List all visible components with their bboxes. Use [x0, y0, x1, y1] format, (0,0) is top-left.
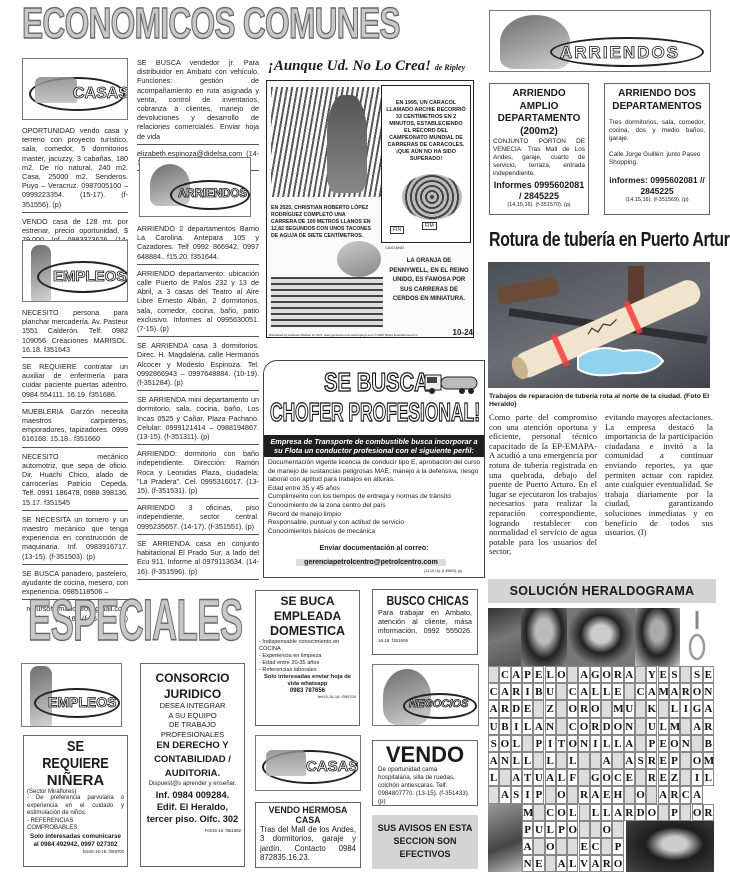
- crossword-letter-cell: P: [522, 666, 533, 683]
- crossword-letter-cell: O: [556, 804, 567, 821]
- crossword-title: SOLUCIÓN HERALDOGRAMA: [488, 579, 716, 603]
- news-photo: [488, 262, 710, 388]
- crossword-letter-cell: S: [511, 786, 522, 803]
- ad-address: Edif. El Heraldo, tercer piso. Oifc. 302: [144, 801, 241, 825]
- crossword-letter-cell: I: [522, 683, 533, 700]
- arriendo-dos-ad: ARRIENDO DOS DEPARTAMENTOS Tres dormitor…: [604, 83, 710, 215]
- crossword-letter-cell: I: [680, 700, 691, 717]
- crossword-letter-cell: L: [669, 700, 680, 717]
- ad-title: EMPLEADA: [259, 609, 356, 624]
- news-headline: Rotura de tubería en Puerto Arturo: [489, 229, 730, 252]
- ad-title: JURIDICO: [144, 687, 241, 701]
- empleos-logo-label: EMPLEOS: [53, 268, 126, 285]
- xw-image-old-man: [488, 804, 522, 872]
- crossword-clue-cell: [488, 666, 499, 683]
- crossword-letter-cell: O: [601, 769, 612, 786]
- snail-illustration: [402, 174, 462, 220]
- crossword-letter-cell: A: [691, 718, 702, 735]
- crossword-letter-cell: L: [567, 855, 578, 872]
- requirement: Conocimientos básicos de mecánica: [268, 528, 482, 537]
- crossword-letter-cell: L: [590, 683, 601, 700]
- crossword-letter-cell: Z: [545, 700, 556, 717]
- crossword-letter-cell: P: [669, 752, 680, 769]
- classified-ad: NECESITO mecánico automotriz, que sepa d…: [22, 452, 128, 511]
- crossword-letter-cell: P: [669, 804, 680, 821]
- crossword-letter-cell: C: [612, 769, 623, 786]
- crossword-letter-cell: O: [601, 821, 612, 838]
- crossword-letter-cell: A: [624, 735, 635, 752]
- heels-panel-text: EN 2025, CHRISTIAN ROBERTO LÓPEZ RODRÍGU…: [271, 205, 371, 240]
- classified-ad: SE ARRIENDA mini departamento un dormito…: [137, 395, 259, 445]
- chofer-ad: SE BUSCA CHOFER PROFESIONAL! Empresa de …: [263, 360, 485, 578]
- crossword-clue-cell: [578, 752, 589, 769]
- crossword-letter-cell: A: [578, 666, 589, 683]
- chofer-send-label: Enviar documentación al correo:: [264, 545, 484, 552]
- crossword-letter-cell: D: [511, 700, 522, 717]
- crossword-letter-cell: O: [556, 786, 567, 803]
- house-icon: [266, 750, 306, 776]
- crossword-letter-cell: R: [578, 700, 589, 717]
- crossword-letter-cell: R: [680, 683, 691, 700]
- crossword-letter-cell: A: [511, 769, 522, 786]
- crossword-letter-cell: N: [545, 718, 556, 735]
- crossword-letter-cell: O: [545, 838, 556, 855]
- crossword-letter-cell: L: [488, 769, 499, 786]
- crossword-letter-cell: L: [522, 718, 533, 735]
- crossword-letter-cell: L: [556, 769, 567, 786]
- classified-ad: ARRIENDO 2 departamentos Barrio La Carol…: [137, 224, 259, 265]
- classified-ad: OPORTUNIDAD vendo casa y terreno con pro…: [22, 126, 128, 213]
- news-column-2: evitando mayores afectaciones. La empres…: [605, 413, 713, 557]
- photo-food: [488, 608, 521, 666]
- negocios-section-logo: NEGOCIOS: [372, 664, 479, 726]
- crossword-clue-cell: [579, 804, 590, 821]
- crossword-letter-cell: L: [601, 804, 612, 821]
- pig-panel-text: LA GRANJA DE PENNYWELL, EN EL REINO UNID…: [387, 257, 471, 305]
- ad-title: VENDO: [378, 743, 472, 766]
- crossword-letter-cell: R: [646, 752, 657, 769]
- crossword-letter-cell: M: [703, 752, 714, 769]
- crossword-letter-cell: L: [545, 821, 556, 838]
- crossword-letter-cell: C: [567, 718, 578, 735]
- empleos-ads-list: NECESITO persona para planchar mercaderí…: [22, 308, 128, 623]
- crossword-letter-cell: I: [545, 735, 556, 752]
- news-caption: Trabajos de reparación de tubería rota a…: [489, 393, 711, 409]
- crossword-letter-cell: Z: [669, 769, 680, 786]
- requirement: Record de manejo limpio: [268, 511, 482, 520]
- crossword-letter-cell: K: [646, 700, 657, 717]
- news-column-1: Como parte del compromiso con una atenci…: [489, 413, 597, 557]
- crossword-letter-cell: H: [612, 786, 623, 803]
- ad-line: DE TRABAJO: [144, 720, 241, 730]
- ad-title: DOMESTICA: [259, 624, 356, 639]
- crossword-letter-cell: A: [578, 683, 589, 700]
- casas-section-logo: CASAS: [22, 58, 128, 120]
- ad-body: Tras del Mall de los Andes, 3 dormitorio…: [260, 825, 356, 863]
- crossword-letter-cell: M: [612, 700, 623, 717]
- ripley-credits: Distributed by Andrews McMeel for UFS. w…: [269, 333, 418, 337]
- crossword-letter-cell: A: [511, 666, 522, 683]
- pig-illustration: [337, 241, 381, 277]
- classified-ad: NECESITO persona para planchar mercaderí…: [22, 308, 128, 358]
- crossword-letter-cell: A: [703, 700, 714, 717]
- crossword-letter-cell: E: [522, 700, 533, 717]
- ad-code: 16.18. f351606: [378, 638, 408, 643]
- crossword-letter-cell: L: [658, 718, 669, 735]
- crossword-clue-cell: [624, 786, 635, 803]
- crossword-letter-cell: L: [703, 769, 714, 786]
- ad-req: - De preferencia parvularia o experienci…: [27, 795, 124, 818]
- crossword-letter-cell: O: [612, 855, 623, 872]
- crossword-clue-cell: [556, 838, 567, 855]
- crossword-letter-cell: A: [691, 786, 702, 803]
- crossword-letter-cell: S: [488, 735, 499, 752]
- consorcio-juridico-ad: CONSORCIO JURIDICO DESEA INTEGRAR A SU E…: [140, 663, 245, 867]
- arriendos-ads-list: ARRIENDO 2 departamentos Barrio La Carol…: [137, 224, 259, 584]
- ad-req: - REFERENCIAS COMPROBABLES.: [27, 818, 124, 833]
- crossword-letter-cell: P: [612, 838, 623, 855]
- xw-image-man-portrait: [626, 821, 714, 872]
- crossword-clue-cell: [545, 855, 556, 872]
- crossword-clue-cell: [533, 700, 544, 717]
- classified-ad: MUEBLERIA Garzón necesita maestros carpi…: [22, 407, 128, 448]
- crossword-letter-cell: N: [680, 735, 691, 752]
- crossword-letter-cell: R: [499, 700, 510, 717]
- crossword-letter-cell: T: [522, 769, 533, 786]
- crossword-letter-cell: R: [669, 786, 680, 803]
- crossword-clue-cell: [567, 786, 578, 803]
- crossword-letter-cell: C: [680, 786, 691, 803]
- crossword-letter-cell: L: [545, 752, 556, 769]
- crossword-letter-cell: A: [488, 752, 499, 769]
- ad-requirements: - Indispensable conocimiento en COCINA -…: [259, 639, 356, 674]
- ad-line: CONTABILIDAD /: [144, 753, 241, 767]
- crossword-clue-cell: [635, 666, 646, 683]
- section-headline-economicos: ECONOMICOS COMUNES: [22, 2, 400, 46]
- crossword-letter-cell: C: [499, 666, 510, 683]
- crossword-letter-cell: L: [511, 735, 522, 752]
- ad-title: ARRIENDO DOS DEPARTAMENTOS: [609, 88, 705, 113]
- crossword-letter-cell: D: [635, 804, 646, 821]
- crossword-clue-cell: [578, 769, 589, 786]
- crossword-letter-cell: I: [522, 786, 533, 803]
- crossword-letter-cell: E: [612, 683, 623, 700]
- crossword-clue-cell: [624, 683, 635, 700]
- ad-phone: informes: 0995602081 // 2845225: [609, 175, 705, 197]
- crossword-letter-cell: E: [579, 838, 590, 855]
- crossword-clue-cell: [680, 666, 691, 683]
- ad-code: feb15-16-18. f359700: [259, 694, 356, 699]
- crossword-clue-cell: [658, 700, 669, 717]
- crossword-letter-cell: N: [522, 855, 533, 872]
- crossword-letter-cell: Y: [646, 666, 657, 683]
- crossword-letter-cell: A: [522, 838, 533, 855]
- crossword-letter-cell: A: [533, 718, 544, 735]
- crossword-clue-cell: [646, 786, 657, 803]
- crossword-clue-cell: [533, 752, 544, 769]
- requirement: - Referencias laborales: [259, 667, 356, 674]
- crossword-letter-cell: E: [533, 666, 544, 683]
- crossword-letter-cell: P: [646, 735, 657, 752]
- arriendos-logo-label: ARRIENDOS: [178, 188, 247, 200]
- tanker-truck-icon: [424, 371, 479, 395]
- section-headline-especiales: ESPECIALES: [28, 592, 242, 650]
- empleos-logo-label: EMPLEOS: [48, 694, 116, 710]
- negocios-logo-label: NEGOCIOS: [409, 698, 468, 710]
- chofer-code: (14,15,16). (f-35693). (p): [424, 569, 462, 573]
- crossword-letter-cell: N: [624, 718, 635, 735]
- requirement: - Experiencia en limpieza: [259, 653, 356, 660]
- crossword-letter-cell: R: [703, 804, 714, 821]
- crossword-letter-cell: S: [635, 752, 646, 769]
- crossword-letter-cell: L: [567, 752, 578, 769]
- crossword-letter-cell: E: [601, 786, 612, 803]
- requirement: - Edad entre 20-35 años: [259, 660, 356, 667]
- empleos-section-logo: EMPLEOS: [21, 663, 122, 727]
- crossword-letter-cell: S: [691, 666, 702, 683]
- classified-ad: SE BUSCA vendedor jr. Para distribuidor …: [137, 58, 259, 145]
- crossword-letter-cell: A: [590, 855, 601, 872]
- crossword-letter-cell: C: [567, 683, 578, 700]
- crossword-letter-cell: L: [601, 735, 612, 752]
- ad-title: ARRIENDO AMPLIO DEPARTAMENTO (200m2): [493, 88, 585, 138]
- crossword-letter-cell: C: [635, 683, 646, 700]
- requirement: Cumplimiento con los tiempos de entrega …: [268, 493, 482, 502]
- crossword-letter-cell: A: [499, 786, 510, 803]
- crossword-clue-cell: [612, 821, 623, 838]
- ad-title: VENDO HERMOSA CASA: [260, 805, 356, 825]
- crossword-letter-cell: U: [533, 821, 544, 838]
- crossword-clue-cell: [533, 804, 544, 821]
- noose-icon: [680, 608, 714, 666]
- ripley-footer: Distributed by Andrews McMeel for UFS. w…: [269, 328, 473, 337]
- news-body: Como parte del compromiso con una atenci…: [489, 413, 713, 557]
- ad-body: Calle Jorge Guillén: junto Paseo Shoppin…: [609, 151, 705, 167]
- ad-title: CONSORCIO: [144, 670, 241, 687]
- crossword-grid: CAPELOAGORAYESSECARIBUCALLECAMARONARDEZO…: [488, 666, 714, 872]
- classified-ad: ARRIENDO 3 oficinas, piso independiente,…: [137, 503, 259, 535]
- photo-woman-2: [567, 608, 635, 666]
- crossword-letter-cell: E: [533, 855, 544, 872]
- ad-body: CONJUNTO PORTON DE VENECIA: Tras Mall de…: [493, 138, 585, 178]
- ad-code: feb15-16-18. f359700: [27, 849, 124, 854]
- crossword-letter-cell: O: [499, 735, 510, 752]
- crossword-clue-cell: [601, 700, 612, 717]
- ad-line: PROFESIONALES: [144, 730, 241, 740]
- ripley-title: ¡Aunque Ud. No Lo Crea! de Ripley: [268, 58, 478, 75]
- crossword-letter-cell: V: [579, 855, 590, 872]
- crossword-letter-cell: O: [578, 718, 589, 735]
- crossword-letter-cell: U: [533, 769, 544, 786]
- crossword-clue-cell: [590, 821, 601, 838]
- crossword-letter-cell: I: [691, 769, 702, 786]
- ripley-comic: EN 1995, UN CARACOL LLAMADO ARCHIE RECOR…: [266, 80, 474, 338]
- crossword-clue-cell: [533, 838, 544, 855]
- classified-ad: SE REQUIERE contratar un auxiliar de enf…: [22, 362, 128, 403]
- ad-code: Feb15-16. f351582: [144, 828, 241, 833]
- sus-avisos-banner: SUS AVISOS EN ESTA SECCION SON EFECTIVOS: [372, 815, 478, 869]
- arriendos-section-logo: ARRIENDOS: [139, 157, 251, 217]
- crossword-clue-cell: [556, 700, 567, 717]
- ad-title: SE REQUIERE: [34, 738, 116, 772]
- classified-ad: ARRIENDO departamento: ubicación calle P…: [137, 269, 259, 337]
- snail-panel: EN 1995, UN CARACOL LLAMADO ARCHIE RECOR…: [381, 85, 471, 243]
- empleos-section-logo: EMPLEOS: [22, 240, 128, 302]
- crossword-letter-cell: E: [703, 666, 714, 683]
- crossword-letter-cell: L: [590, 804, 601, 821]
- fim-flag: FIM: [422, 222, 437, 230]
- crossword-clue-cell: [556, 752, 567, 769]
- ad-phone: Inf. 0984 009284.: [144, 789, 241, 801]
- crossword-letter-cell: E: [658, 735, 669, 752]
- crossword-clue-cell: [488, 786, 499, 803]
- crossword-letter-cell: P: [556, 821, 567, 838]
- crossword-letter-cell: T: [556, 735, 567, 752]
- busco-chicas-ad: BUSCO CHICAS Para trabajar en Ambato, at…: [372, 589, 478, 655]
- crossword-letter-cell: A: [669, 683, 680, 700]
- crossword-letter-cell: L: [511, 752, 522, 769]
- crossword-letter-cell: A: [556, 855, 567, 872]
- ad-line: AUDITORIA.: [144, 767, 241, 781]
- house-icon: [35, 77, 77, 103]
- classified-ad: SE NECESITA un tornero y un maestro mecá…: [22, 515, 128, 565]
- ad-line: EN DERECHO Y: [144, 739, 241, 753]
- casas-logo-label: CASAS: [306, 758, 359, 775]
- crossword-letter-cell: O: [635, 786, 646, 803]
- crossword-clue-cell: [522, 735, 533, 752]
- ad-contact: Solo interesadas comunicarse al 0984 492…: [27, 833, 124, 849]
- vendo-hermosa-casa-ad: VENDO HERMOSA CASA Tras del Mall de los …: [255, 802, 361, 868]
- crossword-clue-cell: [556, 683, 567, 700]
- crossword-letter-cell: R: [624, 804, 635, 821]
- crossword-letter-cell: U: [646, 718, 657, 735]
- crossword-letter-cell: A: [545, 769, 556, 786]
- crossword-letter-cell: G: [590, 769, 601, 786]
- crossword-letter-cell: D: [601, 718, 612, 735]
- ad-line: DESEA INTEGRAR: [144, 701, 241, 711]
- crossword-clue-cell: [601, 838, 612, 855]
- crossword-letter-cell: B: [499, 718, 510, 735]
- photo-woman-1: [521, 608, 567, 666]
- crossword-letter-cell: O: [669, 735, 680, 752]
- requirement: Edad entre 35 y 45 años: [268, 485, 482, 494]
- ad-title: NIÑERA: [27, 772, 124, 789]
- crossword-letter-cell: M: [669, 718, 680, 735]
- ad-body: De oportunidad cama hospitalaria, silla …: [378, 766, 472, 806]
- crossword-letter-cell: O: [567, 735, 578, 752]
- arriendo-amplio-ad: ARRIENDO AMPLIO DEPARTAMENTO (200m2) CON…: [489, 83, 589, 215]
- crossword-letter-cell: R: [646, 769, 657, 786]
- crossword-letter-cell: A: [624, 752, 635, 769]
- crossword-letter-cell: M: [658, 683, 669, 700]
- crossword-letter-cell: A: [590, 786, 601, 803]
- crossword-clue-cell: [579, 821, 590, 838]
- crossword-letter-cell: R: [703, 718, 714, 735]
- ripley-title-text: ¡Aunque Ud. No Lo Crea!: [268, 58, 431, 74]
- crossword-letter-cell: O: [567, 821, 578, 838]
- crossword-letter-cell: A: [601, 752, 612, 769]
- ad-phone: Informes 0995602081 / 2845225: [493, 180, 585, 202]
- crossword-letter-cell: P: [522, 821, 533, 838]
- artist-signature: CASTANO: [385, 245, 404, 250]
- runner-figure: [327, 95, 367, 193]
- broken-pipe-illustration: [488, 262, 710, 388]
- crossword-letter-cell: O: [556, 666, 567, 683]
- crossword-letter-cell: R: [590, 718, 601, 735]
- crossword-clue-cell: [658, 804, 669, 821]
- crossword-letter-cell: R: [601, 855, 612, 872]
- crossword-letter-cell: B: [533, 683, 544, 700]
- crossword-letter-cell: L: [567, 804, 578, 821]
- crossword-letter-cell: O: [601, 666, 612, 683]
- requirement: Responsable, puntual y con actitud de se…: [268, 519, 482, 528]
- crossword-clue-cell: [556, 718, 567, 735]
- ad-title: BUSCO CHICAS: [386, 593, 463, 608]
- crossword-letter-cell: O: [612, 718, 623, 735]
- crossword-letter-cell: C: [590, 838, 601, 855]
- crossword-clue-cell: [635, 769, 646, 786]
- crossword-letter-cell: P: [533, 786, 544, 803]
- crossword-letter-cell: R: [511, 683, 522, 700]
- crossword-letter-cell: O: [691, 683, 702, 700]
- casas-section-logo: CASAS: [255, 735, 361, 791]
- crossword-letter-cell: N: [703, 683, 714, 700]
- arriendos-logo-label: ARRIENDOS: [560, 43, 680, 63]
- vendo-cama-ad: VENDO De oportunidad cama hospitalaria, …: [372, 740, 478, 806]
- crossword-letter-cell: E: [658, 752, 669, 769]
- classified-ad: ARRIENDO: dormitorio con baño independie…: [137, 449, 259, 499]
- requirement: - Indispensable conocimiento en COCINA: [259, 639, 356, 653]
- crossword-clue-cell: [567, 838, 578, 855]
- crossword-letter-cell: U: [624, 700, 635, 717]
- crossword-letter-cell: A: [488, 700, 499, 717]
- crossword-clue-cell: [691, 735, 702, 752]
- chofer-requirements: Documentación vigente licencia de conduc…: [268, 459, 482, 536]
- crossword-letter-cell: R: [612, 666, 623, 683]
- crossword-letter-cell: E: [658, 666, 669, 683]
- crossword-clue-cell: [680, 752, 691, 769]
- crossword-letter-cell: O: [646, 804, 657, 821]
- crossword-letter-cell: L: [601, 683, 612, 700]
- ad-line: A SU EQUIPO: [144, 711, 241, 721]
- ad-title: SE BUCA: [259, 594, 356, 609]
- requirement: Documentación vigente licencia de conduc…: [268, 459, 482, 485]
- photo-man: [635, 608, 680, 666]
- crossword-letter-cell: O: [691, 752, 702, 769]
- casas-logo-label: CASAS: [73, 85, 128, 103]
- empleada-domestica-ad: SE BUCA EMPLEADA DOMESTICA - Indispensab…: [255, 590, 360, 726]
- crossword-letter-cell: N: [499, 752, 510, 769]
- crossword-photo-strip: [488, 608, 714, 666]
- crossword-clue-cell: [612, 752, 623, 769]
- crossword-letter-cell: I: [511, 718, 522, 735]
- crossword-clue-cell: [635, 718, 646, 735]
- crossword-letter-cell: G: [691, 700, 702, 717]
- snail-panel-text: EN 1995, UN CARACOL LLAMADO ARCHIE RECOR…: [382, 86, 470, 163]
- crossword-letter-cell: O: [567, 700, 578, 717]
- crossword-letter-cell: P: [533, 735, 544, 752]
- crossword-letter-cell: E: [658, 769, 669, 786]
- chofer-banner: Empresa de Transporte de combustible bus…: [264, 435, 484, 457]
- fin-flag: FIN: [390, 226, 404, 234]
- crossword-letter-cell: O: [590, 700, 601, 717]
- crossword-letter-cell: A: [658, 786, 669, 803]
- chofer-email-link[interactable]: gerenciapetrolcentro@petrolcentro.com: [296, 559, 446, 566]
- crossword-clue-cell: [680, 718, 691, 735]
- crossword-letter-cell: G: [590, 666, 601, 683]
- crossword-letter-cell: C: [488, 683, 499, 700]
- ad-contact: Solo interesadas enviar hoja de vida wha…: [259, 674, 356, 688]
